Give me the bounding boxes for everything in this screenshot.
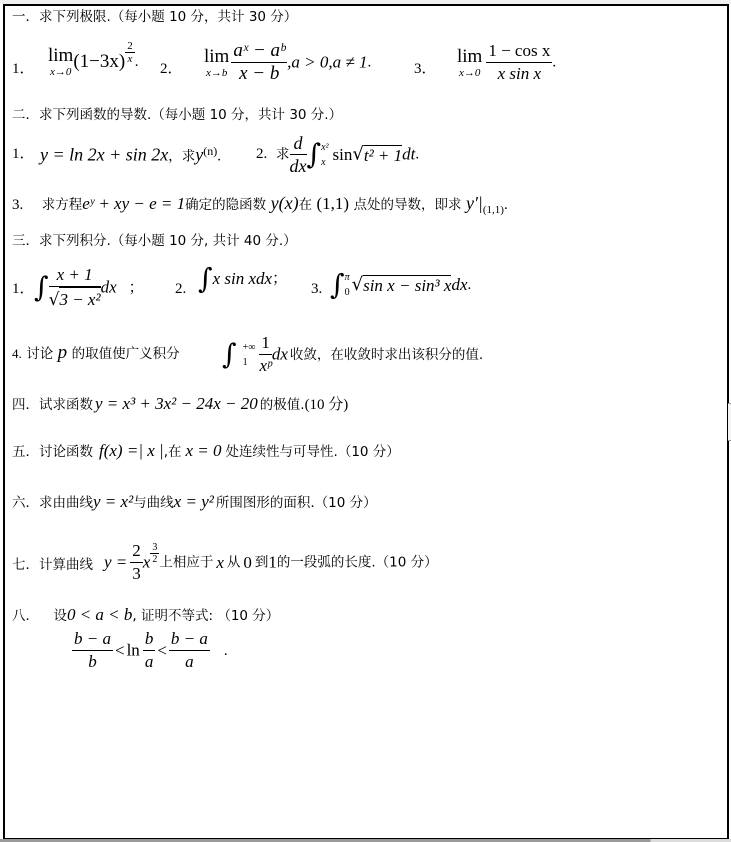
period: . [415,147,419,163]
section-5: 五．讨论函数f(x) =| x |,在x = 0处连续性与可导性.（10 分） [12,442,400,461]
function-expression: y = x³ + 3x² − 24x − 20 [95,394,258,413]
lower-limit: 0 [345,285,350,300]
sqrt-icon: √ [352,274,363,295]
lim-word: lim [48,46,73,66]
sqrt-icon: √ [49,290,60,310]
limit-body: (1−3x) [73,51,125,72]
exponent-denominator: 2 [150,554,159,565]
text-segment: , 证明不等式: （10 分） [132,608,279,624]
curve-2: x = y² [174,492,214,511]
limit-problem-3: limx→01 − cos xx sin x. [457,40,556,85]
text-segment: 的取值使广义积分 [72,346,180,362]
fraction-numerator: x + 1 [49,264,101,287]
derivative-problem-1: y = ln 2x + sin 2x，求y(n). [40,142,221,166]
lim-word: lim [457,47,482,67]
ask-text: ，求 [168,149,195,165]
problem-label: 3． [414,60,437,78]
sqrt-icon: √ [352,144,363,165]
condition: x = 0 [186,441,222,460]
lhs: y = [104,553,127,572]
integral-sign-icon: ∫ [198,262,213,295]
upper-limit: x² [321,140,328,155]
integral-sign-icon: ∫ [307,138,322,171]
integral-problem-2: ∫x sin xdx； [198,270,287,288]
derivative-target: y′| [466,193,483,213]
function-expression: y = ln 2x + sin 2x [40,145,168,165]
radicand: t² + 1 [364,145,402,165]
integral-problem-1: ∫x + 1√3 − x²dx； [34,264,144,311]
right-numerator: b − a [169,628,210,651]
limit-problem-2: limx→baˣ − aᵇx − b,a > 0,a ≠ 1. [204,40,371,85]
problem-label: 3. [12,197,23,213]
fraction-numerator: 1 [259,332,272,355]
period: . [552,55,556,71]
exponent-numerator: 2 [125,40,135,53]
derivative-order: (n) [203,144,217,158]
text-segment: 确定的隐函数 [185,197,266,213]
differential: dt [402,145,415,164]
lim-word: lim [204,47,229,67]
less-than: < [157,641,167,660]
upper-limit: π [345,270,350,285]
derivative-problem-2: 求ddx∫x²xsin√t² + 1dt. [276,132,419,177]
section-7-heading: 七．计算曲线 [12,556,93,574]
score: (10 分) [305,397,349,413]
text-segment: 设 [53,608,67,624]
text-segment: 上相应于 [159,555,213,571]
evaluation-point: (1,1) [483,204,504,216]
upper-limit: +∞ [243,340,256,355]
problem-label: 2. [175,280,186,298]
problem-label: 2. [256,145,267,163]
differential: dx [101,278,117,297]
problem-label: 1． [12,280,35,298]
section-6: 六．求由曲线y = x²与曲线x = y²所围图形的面积.（10 分） [12,493,377,512]
parameter-p: p [58,342,68,363]
radicand: sin x − sin³ x [363,275,451,295]
right-denominator: a [169,651,210,673]
sin-function: sin [333,145,353,164]
left-numerator: b − a [72,628,113,651]
coef-numerator: 2 [130,540,143,563]
problem-label: 1． [12,145,35,163]
text-segment: 所围图形的面积.（10 分） [216,495,377,511]
radicand: 3 − x² [59,287,100,311]
mid-numerator: b [143,628,156,651]
separator: ； [129,280,144,296]
lim-subscript: x→b [204,67,229,79]
period: . [467,277,471,293]
condition: ,a > 0,a ≠ 1 [287,53,367,72]
section-4: 四．试求函数y = x³ + 3x² − 24x − 20的极值.(10 分) [12,395,348,414]
integral-problem-3: ∫π0√sin x − sin³ xdx. [330,270,471,300]
section-4-heading: 四．试求函数 [12,397,93,413]
period: . [367,55,371,71]
limit-problem-1: limx→0(1−3x)2x. [48,46,138,78]
text-segment: 讨论 [26,346,53,362]
problem-4-lead: 4. 讨论 p 的取值使广义积分 [12,344,180,363]
inequality: b − ab<lnba<b − aa. [72,628,228,673]
problem-label: 3. [311,280,322,298]
differential: dx [272,345,288,364]
dx-denominator: dx [290,155,307,177]
coef-denominator: 3 [130,563,143,585]
equation: eʸ + xy − e = 1 [82,194,185,213]
differential: dx [451,275,467,294]
left-denominator: b [72,651,113,673]
problem-label: 2． [160,60,183,78]
to-value: 1 [268,553,277,572]
text-segment: 处连续性与可导性.（10 分） [226,444,400,460]
text-segment: 点处的导数，即求 [354,197,462,213]
exam-page [3,4,729,840]
integral-sign-icon: ∫ [222,338,237,371]
exponent-numerator: 3 [150,542,159,554]
fraction-numerator: 1 − cos x [486,40,552,63]
fraction-denominator: xᵖ [259,355,272,377]
ln-function: ln [127,641,140,660]
condition: 0 < a < b [67,605,132,624]
lower-limit: x [321,155,328,170]
lim-subscript: x→0 [48,66,73,78]
exponent-denominator: x [125,53,135,65]
period: . [224,643,228,659]
mid-denominator: a [143,651,156,673]
ask-text: 求 [276,147,290,163]
section-5-heading: 五．讨论函数 [12,444,93,460]
lower-limit: 1 [243,355,256,370]
period: . [504,197,508,213]
curve-1: y = x² [93,492,133,511]
section-8-heading: 八． [12,608,39,624]
derivative-problem-3: 3. 求方程eʸ + xy − e = 1确定的隐函数 y(x)在 (1,1) … [12,194,508,219]
period: . [135,54,139,70]
d-numerator: d [290,132,307,155]
problem-label: 1． [12,60,35,78]
integral-sign-icon: ∫ [34,271,49,304]
section-6-heading: 六．求由曲线 [12,495,93,511]
text-segment: 的极值. [260,397,305,413]
text-segment: 收敛，在收敛时求出该积分的值. [290,347,483,363]
text-segment: 在 [299,197,313,213]
fraction-denominator: x − b [231,63,287,85]
section-2-heading: 二．求下列函数的导数.（每小题 10 分，共计 30 分.） [12,106,342,124]
variable: x [143,553,151,572]
integral-sign-icon: ∫ [330,268,345,301]
section-1-heading: 一．求下列极限.（每小题 10 分，共计 30 分） [12,8,297,26]
lim-subscript: x→0 [457,67,482,79]
text-segment: 与曲线 [133,495,174,511]
text-segment: 求方程 [42,197,83,213]
separator: ； [272,271,287,287]
function-expression: f(x) =| x | [99,441,164,460]
implicit-function: y(x) [271,193,299,213]
text-segment: 到 [255,555,269,571]
from-value: 0 [243,553,252,572]
fraction-denominator: x sin x [486,63,552,85]
text-segment: 从 [227,555,241,571]
integrand: x sin xdx [213,269,272,288]
problem-label: 4. [12,346,22,361]
point: (1,1) [317,194,350,213]
improper-integral: ∫+∞11xᵖdx收敛，在收敛时求出该积分的值. [222,332,483,377]
variable: x [216,553,224,572]
text-segment: 的一段弧的长度.（10 分） [277,555,438,571]
section-3-heading: 三．求下列积分.（每小题 10 分, 共计 40 分.） [12,232,297,250]
less-than: < [115,641,125,660]
fraction-numerator: aˣ − aᵇ [231,40,287,63]
text-segment: ,在 [164,444,182,460]
curve-expression: y =23x32上相应于x从0到1的一段弧的长度.（10 分） [104,540,438,585]
section-8: 八． 设0 < a < b, 证明不等式: （10 分） [12,606,279,625]
period: . [217,149,221,165]
